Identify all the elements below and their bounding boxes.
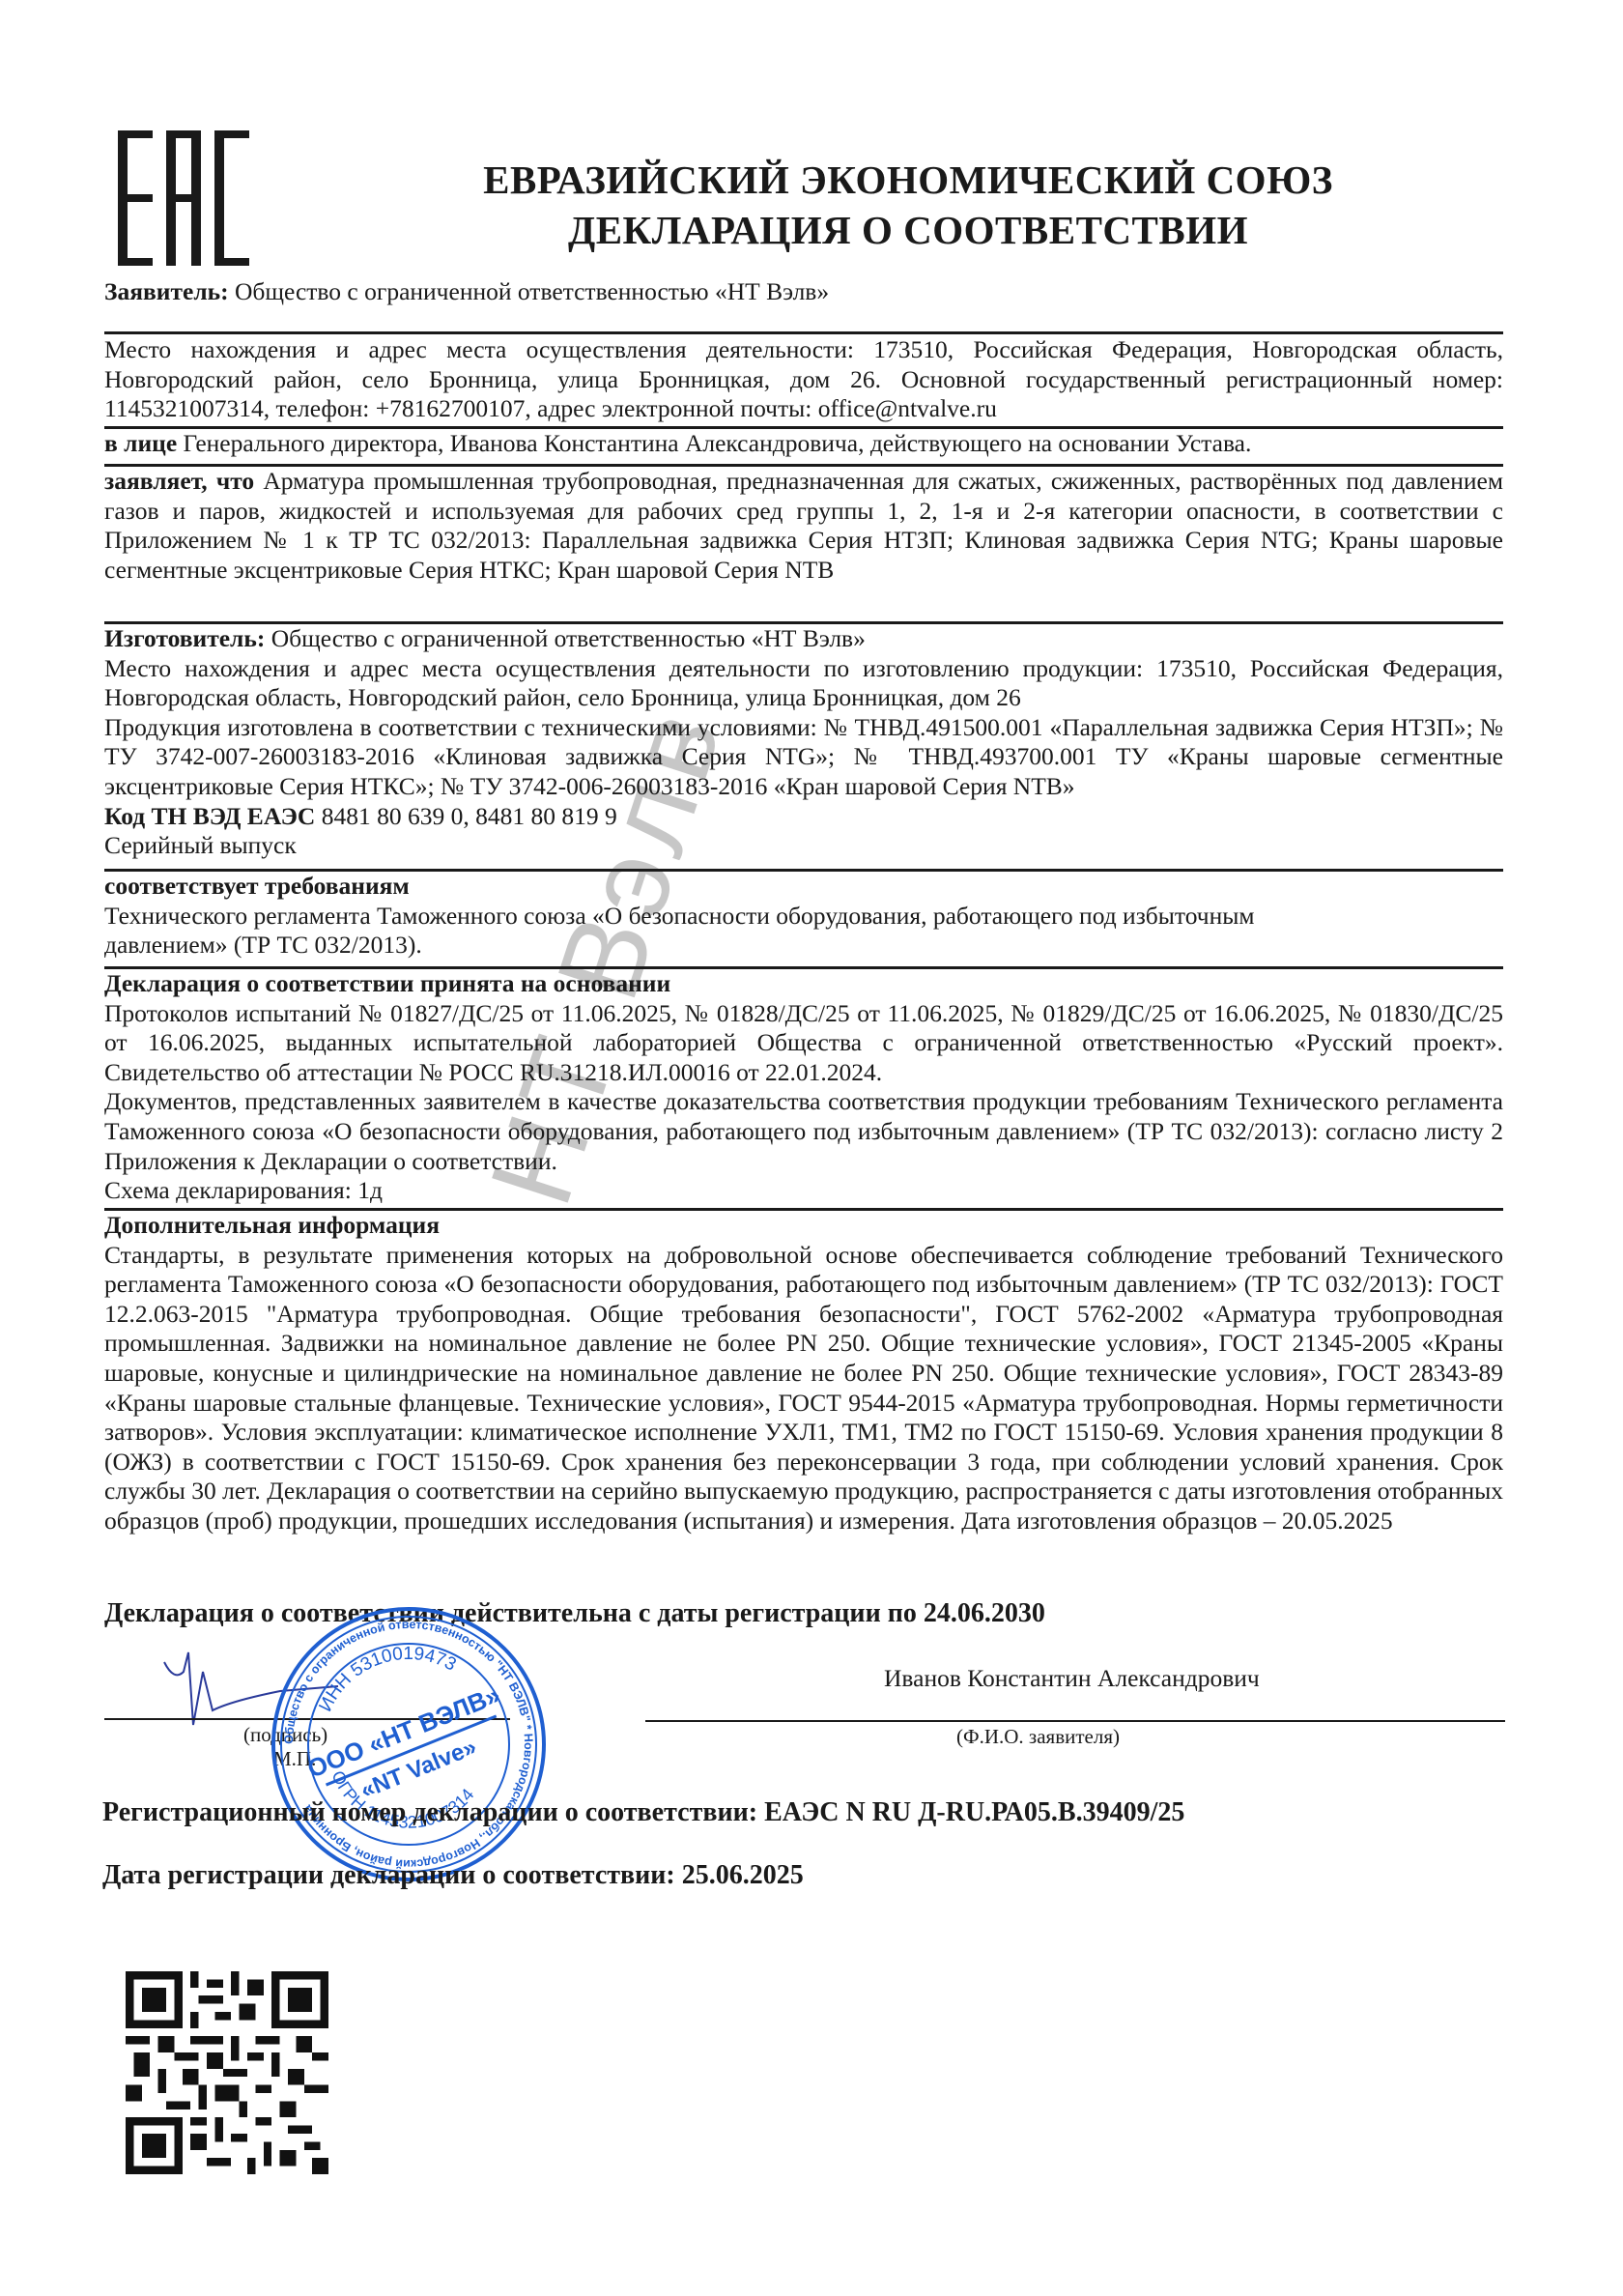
- applicant-label: Заявитель:: [104, 277, 229, 305]
- signatory-name: Иванов Константин Александрович: [884, 1664, 1464, 1694]
- eac-logo-icon: [118, 130, 249, 266]
- manufacturer-address: Место нахождения и адрес места осуществл…: [104, 654, 1503, 713]
- registration-number-value: ЕАЭС N RU Д-RU.РА05.В.39409/25: [764, 1797, 1184, 1827]
- code-label: Код ТН ВЭД ЕАЭС: [104, 802, 315, 830]
- manufacturer-value: Общество с ограниченной ответственностью…: [271, 624, 866, 652]
- basis-protocols: Протоколов испытаний № 01827/ДС/25 от 11…: [104, 999, 1503, 1088]
- representative-label: в лице: [104, 429, 177, 457]
- declares-value: Арматура промышленная трубопроводная, пр…: [104, 467, 1503, 584]
- registration-date-value: 25.06.2025: [682, 1860, 804, 1890]
- representative: в лице Генерального директора, Иванова К…: [104, 429, 1503, 459]
- basis-label: Декларация о соответствии принята на осн…: [104, 969, 1503, 999]
- conforms-value: Технического регламента Таможенного союз…: [104, 902, 1503, 961]
- basis-scheme: Схема декларирования: 1д: [104, 1176, 1503, 1206]
- manufacturer: Изготовитель: Общество с ограниченной от…: [104, 624, 1503, 861]
- registration-number-label: Регистрационный номер декларации о соотв…: [102, 1797, 757, 1827]
- title-declaration: ДЕКЛАРАЦИЯ О СООТВЕТСТВИИ: [425, 205, 1391, 255]
- basis-documents: Документов, представленных заявителем в …: [104, 1087, 1503, 1176]
- document-title: ЕВРАЗИЙСКИЙ ЭКОНОМИЧЕСКИЙ СОЮЗ ДЕКЛАРАЦИ…: [425, 155, 1391, 255]
- address-text: Место нахождения и адрес места осуществл…: [104, 335, 1503, 424]
- code-value: 8481 80 639 0, 8481 80 819 9: [322, 802, 617, 830]
- divider: [104, 331, 1503, 334]
- declares: заявляет, что Арматура промышленная труб…: [104, 467, 1503, 585]
- representative-value: Генерального директора, Иванова Констант…: [184, 429, 1252, 457]
- company-stamp: Общество с ограниченной ответственностью…: [269, 1604, 549, 1884]
- name-line: [645, 1720, 1505, 1722]
- registration-number: Регистрационный номер декларации о соотв…: [102, 1797, 1184, 1828]
- registration-date-label: Дата регистрации декларации о соответств…: [102, 1860, 675, 1890]
- name-caption: (Ф.И.О. заявителя): [956, 1725, 1120, 1749]
- basis: Декларация о соответствии принята на осн…: [104, 969, 1503, 1206]
- additional-label: Дополнительная информация: [104, 1211, 1503, 1241]
- qr-code-icon[interactable]: [126, 1971, 328, 2174]
- manufacturer-specs: Продукция изготовлена в соответствии с т…: [104, 713, 1503, 802]
- registration-date: Дата регистрации декларации о соответств…: [102, 1860, 804, 1891]
- applicant-value: Общество с ограниченной ответственностью…: [235, 277, 829, 305]
- additional-info: Дополнительная информация Стандарты, в р…: [104, 1211, 1503, 1536]
- additional-value: Стандарты, в результате применения котор…: [104, 1241, 1503, 1536]
- declares-label: заявляет, что: [104, 467, 254, 495]
- release-type: Серийный выпуск: [104, 831, 1503, 861]
- applicant-address: Место нахождения и адрес места осуществл…: [104, 335, 1503, 424]
- manufacturer-label: Изготовитель:: [104, 624, 265, 652]
- applicant: Заявитель: Общество с ограниченной ответ…: [104, 277, 1503, 307]
- conforms: соответствует требованиям Технического р…: [104, 872, 1503, 961]
- title-union: ЕВРАЗИЙСКИЙ ЭКОНОМИЧЕСКИЙ СОЮЗ: [425, 155, 1391, 205]
- conforms-label: соответствует требованиям: [104, 872, 1503, 902]
